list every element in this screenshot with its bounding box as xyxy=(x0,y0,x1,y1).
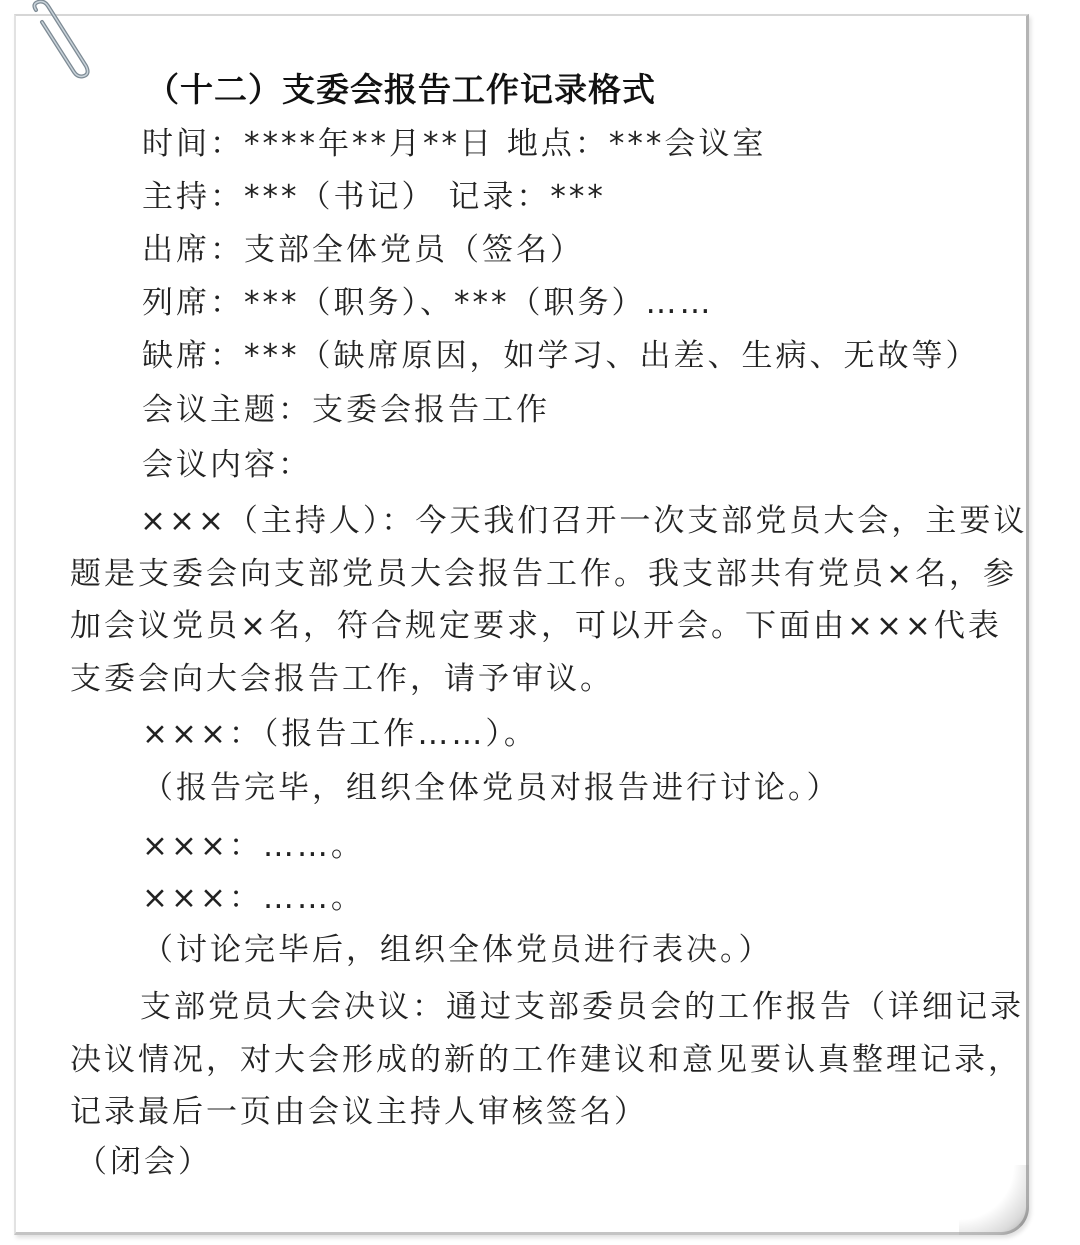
field-meeting-topic: 会议主题：支委会报告工作 xyxy=(142,390,550,430)
note-discussion: （报告完毕，组织全体党员对报告进行讨论。） xyxy=(142,768,841,808)
field-value: 支部全体党员（签名） xyxy=(244,232,584,268)
resolution-paragraph: 支部党员大会决议：通过支部委员会的工作报告（详细记录决议情况，对大会形成的新的工… xyxy=(70,981,1030,1139)
report-line: ×××：（报告工作……）。 xyxy=(142,714,538,754)
field-label: 出席： xyxy=(142,232,244,268)
field-value: ***（书记） 记录：*** xyxy=(244,179,606,215)
speaker-line-2: ×××：……。 xyxy=(142,878,365,918)
page-curl-corner xyxy=(959,1165,1029,1235)
field-value: ****年**月**日 地点：***会议室 xyxy=(244,126,766,162)
field-observers: 列席：***（职务）、***（职务）…… xyxy=(142,283,714,323)
field-label: 主持： xyxy=(142,179,244,215)
field-host-recorder: 主持：***（书记） 记录：*** xyxy=(142,177,606,217)
field-value: 支委会报告工作 xyxy=(312,392,550,428)
field-label: 时间： xyxy=(142,126,244,162)
speaker-line-1: ×××：……。 xyxy=(142,826,365,866)
field-meeting-content: 会议内容： xyxy=(142,445,312,485)
field-label: 会议主题： xyxy=(142,392,312,428)
field-time-location: 时间：****年**月**日 地点：***会议室 xyxy=(142,124,766,164)
paperclip-icon xyxy=(24,0,94,80)
field-value: ***（缺席原因，如学习、出差、生病、无故等） xyxy=(244,338,980,374)
field-label: 缺席： xyxy=(142,338,244,374)
field-value: ***（职务）、***（职务）…… xyxy=(244,285,714,321)
field-label: 会议内容： xyxy=(142,447,312,483)
field-attendees: 出席：支部全体党员（签名） xyxy=(142,230,584,270)
host-opening-paragraph: ×××（主持人）：今天我们召开一次支部党员大会，主要议题是支委会向支部党员大会报… xyxy=(70,495,1030,705)
document-title: （十二）支委会报告工作记录格式 xyxy=(146,68,656,112)
note-vote: （讨论完毕后，组织全体党员进行表决。） xyxy=(142,930,773,970)
closing-line: （闭会） xyxy=(76,1142,212,1182)
field-absentees: 缺席：***（缺席原因，如学习、出差、生病、无故等） xyxy=(142,336,980,376)
field-label: 列席： xyxy=(142,285,244,321)
